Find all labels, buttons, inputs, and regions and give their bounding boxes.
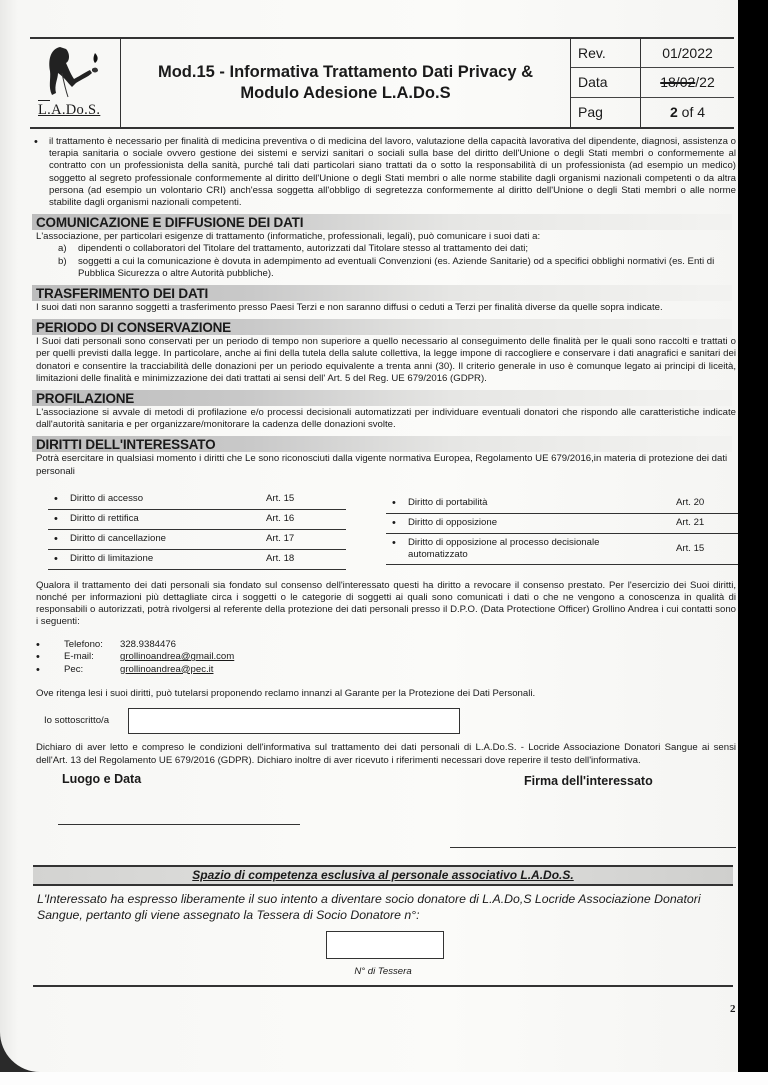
section-title-profilazione: PROFILAZIONE [32, 390, 732, 406]
document-header: L.A.Do.S. Mod.15 - Informativa Trattamen… [30, 37, 734, 129]
trasferimento-text: I suoi dati non saranno soggetti a trasf… [36, 302, 736, 314]
page-value: 2 of 4 [641, 98, 734, 127]
consent-text: Qualora il trattamento dei dati personal… [36, 580, 736, 629]
signature-area: Luogo e Data Firma dell'interessato [36, 767, 736, 857]
conservazione-text: I Suoi dati personali sono conservati pe… [36, 336, 736, 385]
divider [33, 985, 733, 987]
right-row: Diritto di cancellazioneArt. 17 [48, 530, 346, 550]
rev-value: 01/2022 [641, 39, 734, 68]
right-row: Diritto di portabilitàArt. 20 [386, 494, 738, 514]
tessera-number-field[interactable] [326, 931, 444, 959]
scan-border [738, 0, 768, 1085]
signer-row: Io sottoscritto/a [44, 708, 736, 734]
revision-table: Rev. 01/2022 Data 18/02/22 Pag 2 of 4 [571, 39, 734, 127]
section-title-diritti: DIRITTI DELL'INTERESSATO [32, 436, 732, 452]
right-row: Diritto di opposizioneArt. 21 [386, 514, 738, 534]
staff-section-header: Spazio di competenza esclusiva al person… [33, 865, 733, 886]
comunicazione-intro: L'associazione, per particolari esigenze… [36, 231, 736, 243]
place-date-field[interactable] [58, 824, 300, 825]
complaint-text: Ove ritenga lesi i suoi diritti, può tut… [36, 688, 736, 700]
staff-section: Spazio di competenza esclusiva al person… [33, 865, 733, 987]
declaration-text: Dichiaro di aver letto e compreso le con… [36, 742, 736, 766]
section-title-comunicazione: COMUNICAZIONE E DIFFUSIONE DEI DATI [32, 214, 732, 230]
phone-value: 328.9384476 [120, 639, 176, 652]
place-date-label: Luogo e Data [62, 773, 141, 785]
section-title-conservazione: PERIODO DI CONSERVAZIONE [32, 319, 732, 335]
list-item: a)dipendenti o collaboratori del Titolar… [58, 243, 736, 255]
right-row: Diritto di rettificaArt. 16 [48, 510, 346, 530]
email-link[interactable]: grollinoandrea@gmail.com [120, 651, 234, 664]
rights-column-left: Diritto di accessoArt. 15 Diritto di ret… [48, 490, 346, 570]
scan-border-bottom [0, 1072, 768, 1085]
rights-table: Diritto di accessoArt. 15 Diritto di ret… [48, 490, 738, 570]
section-title-trasferimento: TRASFERIMENTO DEI DATI [32, 285, 732, 301]
profilazione-text: L'associazione si avvale di metodi di pr… [36, 407, 736, 431]
document-page: L.A.Do.S. Mod.15 - Informativa Trattamen… [0, 0, 738, 1072]
page-label: Pag [571, 98, 641, 127]
dpo-contacts: Telefono:328.9384476 E-mail:grollinoandr… [36, 639, 736, 677]
logo-text: L.A.Do.S. [38, 102, 100, 119]
document-body: il trattamento è necessario per finalità… [36, 136, 736, 857]
right-row: Diritto di opposizione al processo decis… [386, 534, 738, 565]
rights-column-right: Diritto di portabilitàArt. 20 Diritto di… [386, 490, 738, 570]
rev-label: Rev. [571, 39, 641, 68]
pec-link[interactable]: grollinoandrea@pec.it [120, 664, 213, 677]
contact-pec: Pec:grollinoandrea@pec.it [36, 664, 736, 677]
intro-bullet: il trattamento è necessario per finalità… [36, 136, 736, 209]
diritti-intro: Potrà esercitare in qualsiasi momento i … [36, 453, 736, 477]
document-title: Mod.15 - Informativa Trattamento Dati Pr… [121, 39, 571, 127]
tessera-label: N° di Tessera [33, 966, 733, 977]
right-row: Diritto di accessoArt. 15 [48, 490, 346, 510]
staff-text: L'Interessato ha espresso liberamente il… [37, 891, 727, 923]
comunicazione-list: a)dipendenti o collaboratori del Titolar… [36, 243, 736, 280]
right-row: Diritto di limitazioneArt. 18 [48, 550, 346, 570]
contact-email: E-mail:grollinoandrea@gmail.com [36, 651, 736, 664]
page-number: 2 [730, 1003, 736, 1015]
list-item: b)soggetti a cui la comunicazione è dovu… [58, 256, 736, 280]
woman-with-flame-icon [42, 43, 108, 99]
signature-label: Firma dell'interessato [524, 775, 653, 787]
contact-phone: Telefono:328.9384476 [36, 639, 736, 652]
logo: L.A.Do.S. [30, 39, 121, 127]
signature-field[interactable] [450, 847, 736, 848]
signer-label: Io sottoscritto/a [44, 715, 128, 727]
date-value: 18/02/22 [641, 68, 734, 97]
signer-name-field[interactable] [128, 708, 460, 734]
date-label: Data [571, 68, 641, 97]
date-struck: 18/02 [660, 74, 695, 90]
